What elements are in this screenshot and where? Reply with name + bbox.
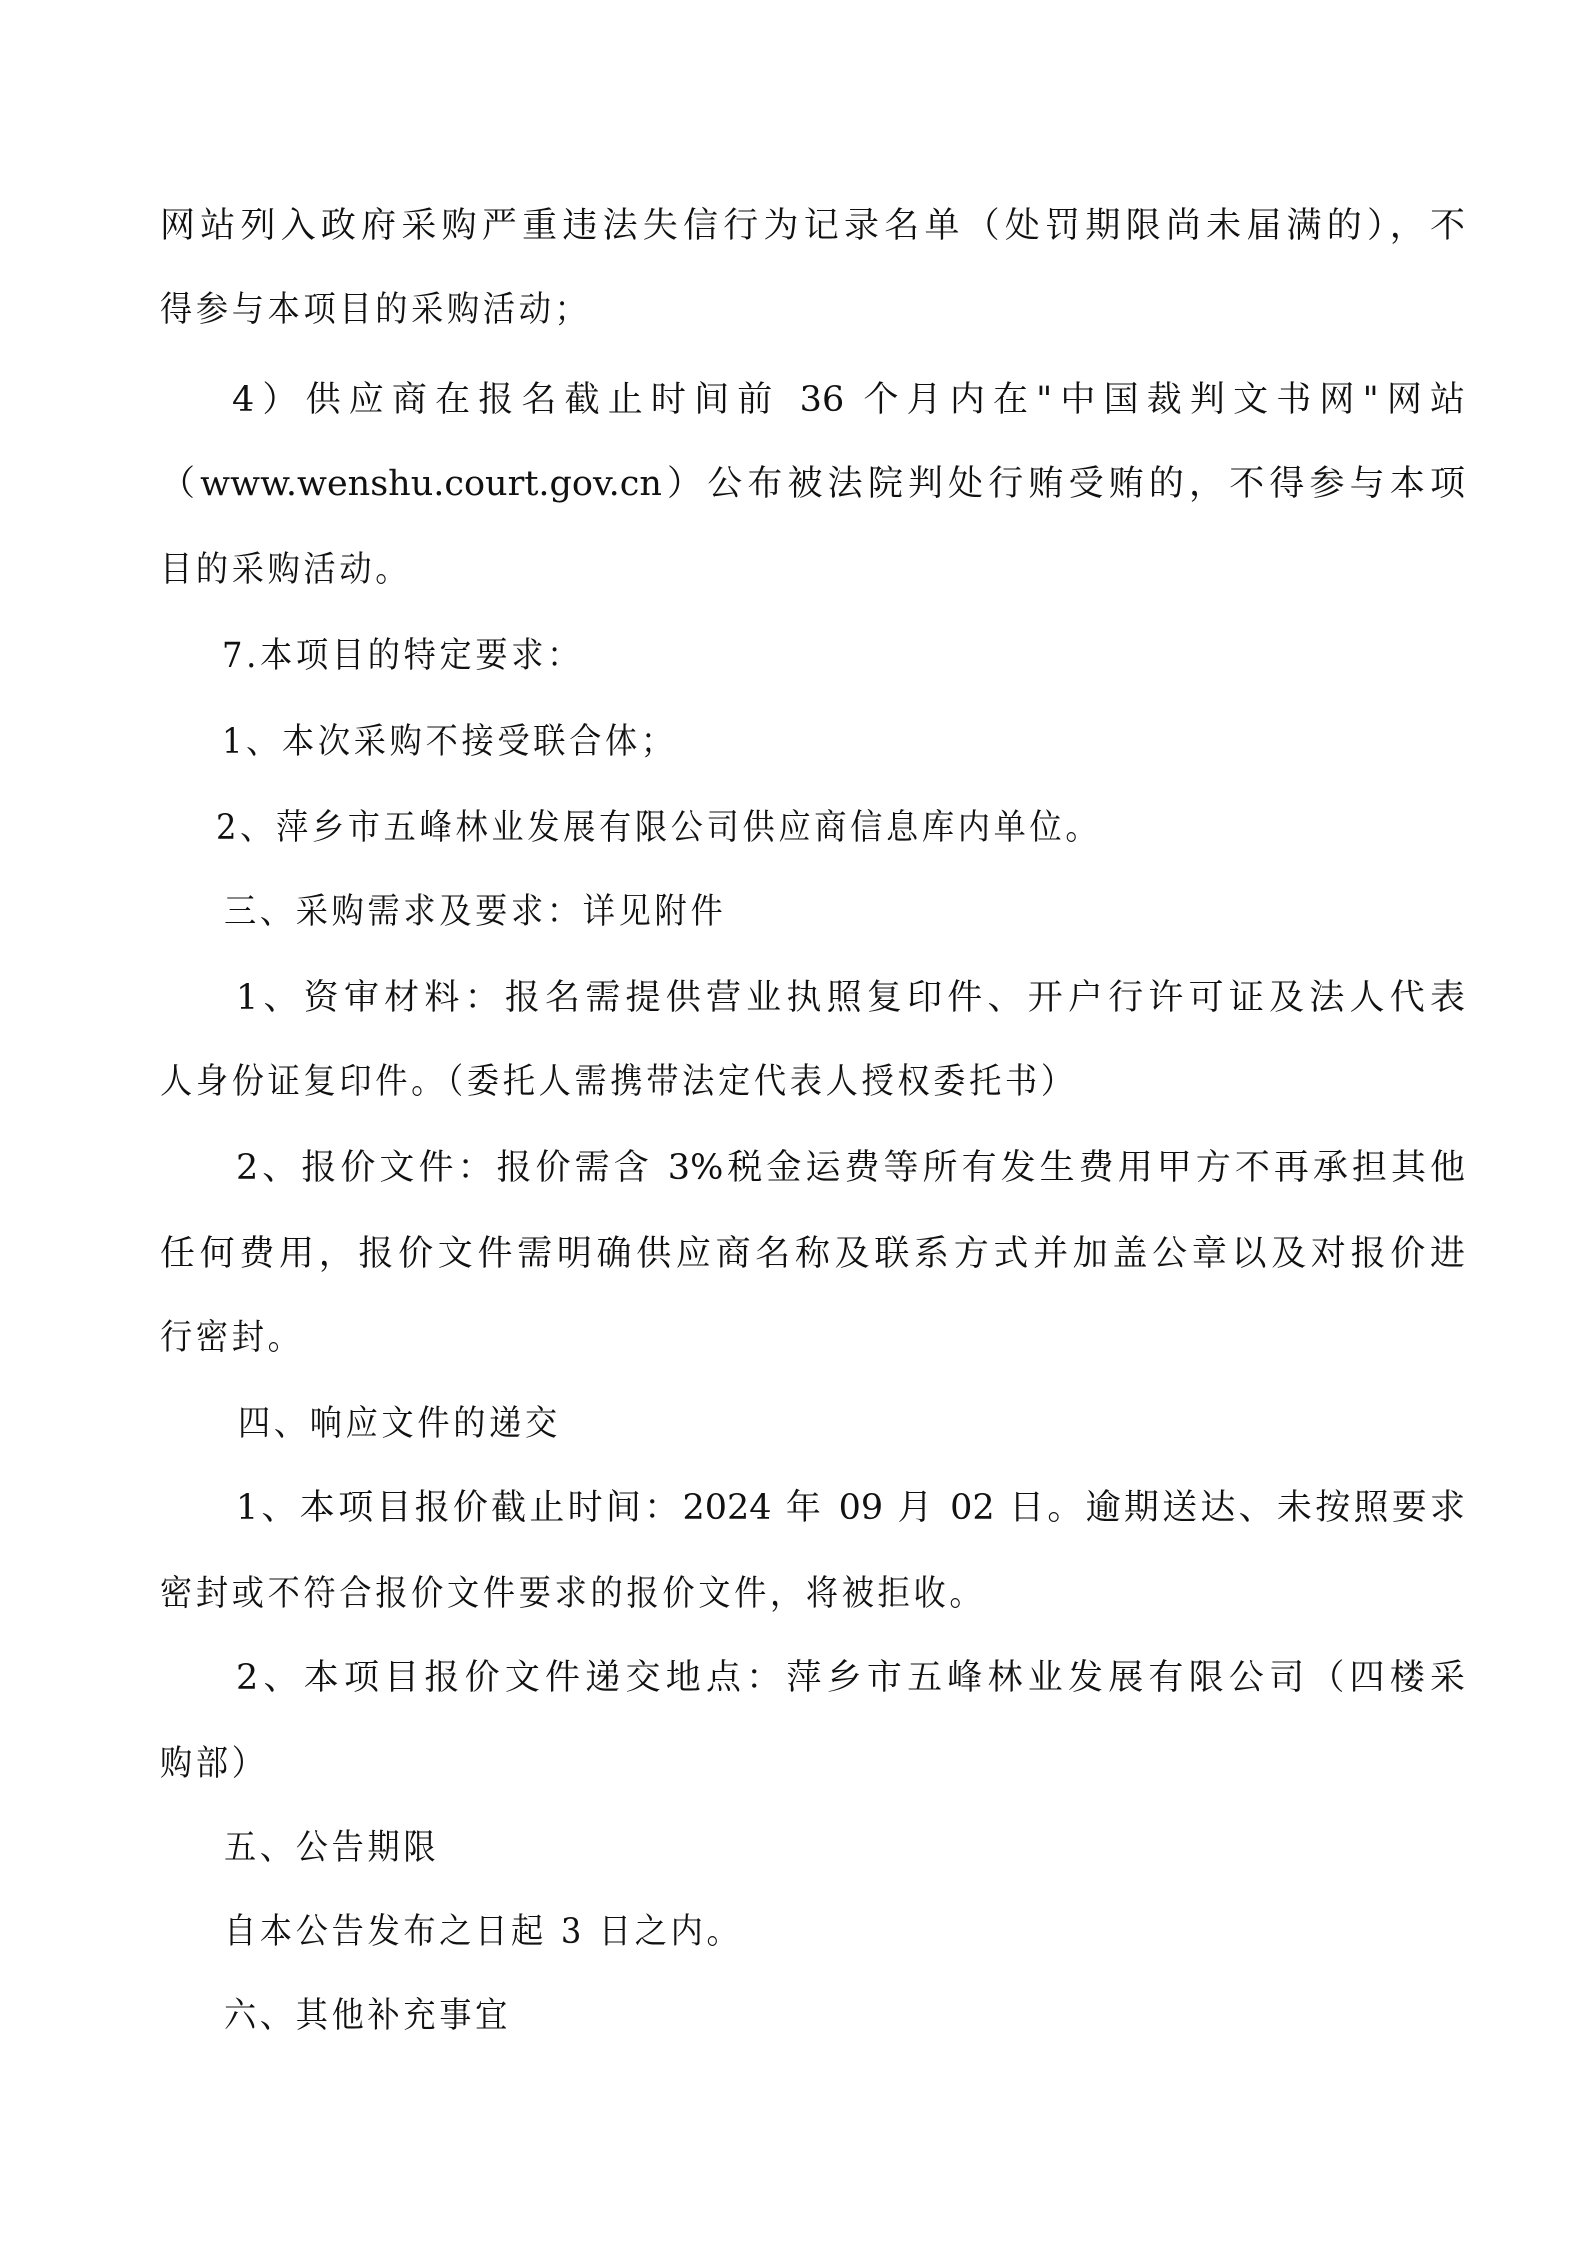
qualification-materials: 1、资审材料：报名需提供营业执照复印件、开户行许可证及法人代表 bbox=[236, 976, 1465, 1020]
quotation-file-end: 行密封。 bbox=[160, 1316, 1365, 1360]
deadline-item: 1、本项目报价截止时间：2024 年 09 月 02 日。逾期送达、未按照要求 bbox=[236, 1486, 1465, 1530]
deadline-item-end: 密封或不符合报价文件要求的报价文件，将被拒收。 bbox=[160, 1572, 1365, 1616]
paragraph-line-blacklist: 网站列入政府采购严重违法失信行为记录名单（处罚期限尚未届满的），不 bbox=[160, 204, 1465, 248]
qualification-materials-end: 人身份证复印件。（委托人需携带法定代表人授权委托书） bbox=[160, 1060, 1365, 1104]
paragraph-line-blacklist-end: 得参与本项目的采购活动； bbox=[160, 288, 1365, 332]
item-4-bribery-end: 目的采购活动。 bbox=[160, 548, 1365, 592]
quotation-file-cont: 任何费用，报价文件需明确供应商名称及联系方式并加盖公章以及对报价进 bbox=[160, 1232, 1465, 1276]
submission-location: 2、本项目报价文件递交地点：萍乡市五峰林业发展有限公司（四楼采 bbox=[236, 1656, 1465, 1700]
section-7-heading: 7.本项目的特定要求： bbox=[222, 634, 1427, 678]
submission-location-end: 购部） bbox=[160, 1742, 1365, 1786]
item-4-bribery: 4）供应商在报名截止时间前 36 个月内在"中国裁判文书网"网站 bbox=[232, 378, 1465, 422]
announcement-period: 自本公告发布之日起 3 日之内。 bbox=[224, 1910, 1429, 1954]
requirement-1: 1、本次采购不接受联合体； bbox=[222, 720, 1427, 764]
section-5-heading: 五、公告期限 bbox=[224, 1826, 1429, 1870]
section-3-heading: 三、采购需求及要求：详见附件 bbox=[224, 890, 1429, 934]
section-4-heading: 四、响应文件的递交 bbox=[238, 1402, 1443, 1446]
requirement-2: 2、萍乡市五峰林业发展有限公司供应商信息库内单位。 bbox=[216, 806, 1421, 850]
document-page: 网站列入政府采购严重违法失信行为记录名单（处罚期限尚未届满的），不 得参与本项目… bbox=[0, 0, 1587, 2245]
quotation-file: 2、报价文件：报价需含 3%税金运费等所有发生费用甲方不再承担其他 bbox=[236, 1146, 1465, 1190]
section-6-heading: 六、其他补充事宜 bbox=[224, 1994, 1429, 2038]
item-4-bribery-url: （www.wenshu.court.gov.cn）公布被法院判处行贿受贿的，不得… bbox=[160, 462, 1465, 506]
